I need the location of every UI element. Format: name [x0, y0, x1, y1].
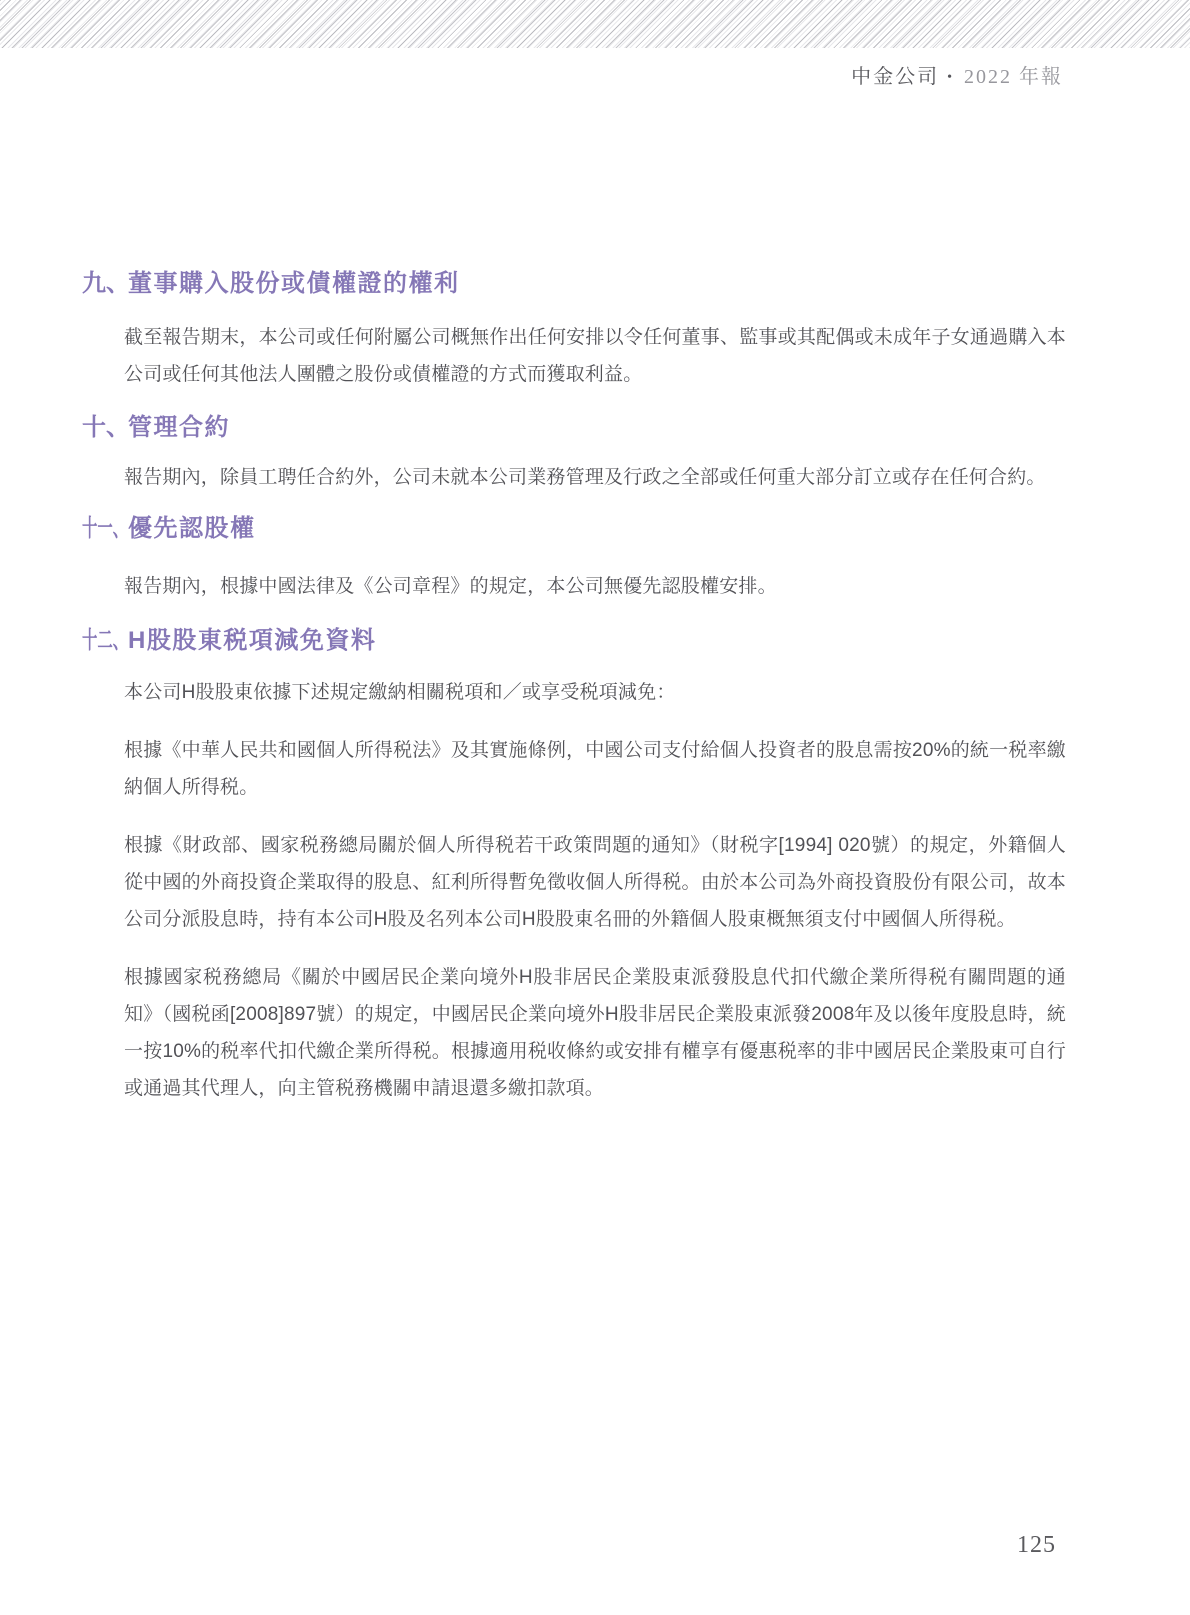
- section-preemptive-rights: 十一、 優先認股權 報告期內，根據中國法律及《公司章程》的規定，本公司無優先認股…: [82, 514, 1066, 605]
- paragraph: 報告期內，根據中國法律及《公司章程》的規定，本公司無優先認股權安排。: [124, 568, 1066, 605]
- paragraph: 本公司H股股東依據下述規定繳納相關税項和／或享受税項減免：: [124, 674, 1066, 711]
- section-body: 本公司H股股東依據下述規定繳納相關税項和／或享受税項減免： 根據《中華人民共和國…: [124, 674, 1066, 1107]
- section-heading: 十一、 優先認股權: [82, 514, 1066, 544]
- page-number: 125: [1017, 1532, 1056, 1559]
- page-content: 九、 董事購入股份或債權證的權利 截至報告期末，本公司或任何附屬公司概無作出任何…: [0, 269, 1190, 1107]
- section-title: 董事購入股份或債權證的權利: [128, 269, 460, 299]
- section-number: 十、: [82, 413, 128, 443]
- section-body: 報告期內，根據中國法律及《公司章程》的規定，本公司無優先認股權安排。: [124, 568, 1066, 605]
- section-title: H股股東税項減免資料: [128, 626, 376, 656]
- section-body: 截至報告期末，本公司或任何附屬公司概無作出任何安排以令任何董事、監事或其配偶或未…: [124, 319, 1066, 393]
- section-directors-rights: 九、 董事購入股份或債權證的權利 截至報告期末，本公司或任何附屬公司概無作出任何…: [82, 269, 1066, 393]
- edition-label: 2022 年報: [964, 66, 1063, 88]
- section-title: 管理合約: [128, 413, 230, 443]
- paragraph: 根據《財政部、國家税務總局關於個人所得税若干政策問題的通知》（財税字[1994]…: [124, 827, 1066, 938]
- paragraph: 根據《中華人民共和國個人所得税法》及其實施條例，中國公司支付給個人投資者的股息需…: [124, 732, 1066, 806]
- section-number: 九、: [82, 269, 128, 299]
- section-management-contracts: 十、 管理合約 報告期內，除員工聘任合約外，公司未就本公司業務管理及行政之全部或…: [82, 413, 1066, 496]
- running-header: 中金公司•2022 年報: [0, 64, 1190, 91]
- paragraph: 根據國家税務總局《關於中國居民企業向境外H股非居民企業股東派發股息代扣代繳企業所…: [124, 959, 1066, 1107]
- diagonal-hatch-band: [0, 0, 1190, 48]
- paragraph: 報告期內，除員工聘任合約外，公司未就本公司業務管理及行政之全部或任何重大部分訂立…: [124, 459, 1066, 496]
- paragraph: 截至報告期末，本公司或任何附屬公司概無作出任何安排以令任何董事、監事或其配偶或未…: [124, 319, 1066, 393]
- section-heading: 十、 管理合約: [82, 413, 1066, 443]
- separator-dot-icon: •: [947, 70, 954, 85]
- section-title: 優先認股權: [128, 514, 256, 544]
- section-heading: 十二、 H股股東税項減免資料: [82, 626, 1066, 656]
- section-number: 十二、: [82, 626, 128, 656]
- section-body: 報告期內，除員工聘任合約外，公司未就本公司業務管理及行政之全部或任何重大部分訂立…: [124, 459, 1066, 496]
- section-h-share-tax-relief: 十二、 H股股東税項減免資料 本公司H股股東依據下述規定繳納相關税項和／或享受税…: [82, 626, 1066, 1107]
- report-page: 中金公司•2022 年報 九、 董事購入股份或債權證的權利 截至報告期末，本公司…: [0, 0, 1190, 1615]
- section-number: 十一、: [82, 514, 128, 544]
- section-heading: 九、 董事購入股份或債權證的權利: [82, 269, 1066, 299]
- brand-name: 中金公司: [851, 66, 939, 88]
